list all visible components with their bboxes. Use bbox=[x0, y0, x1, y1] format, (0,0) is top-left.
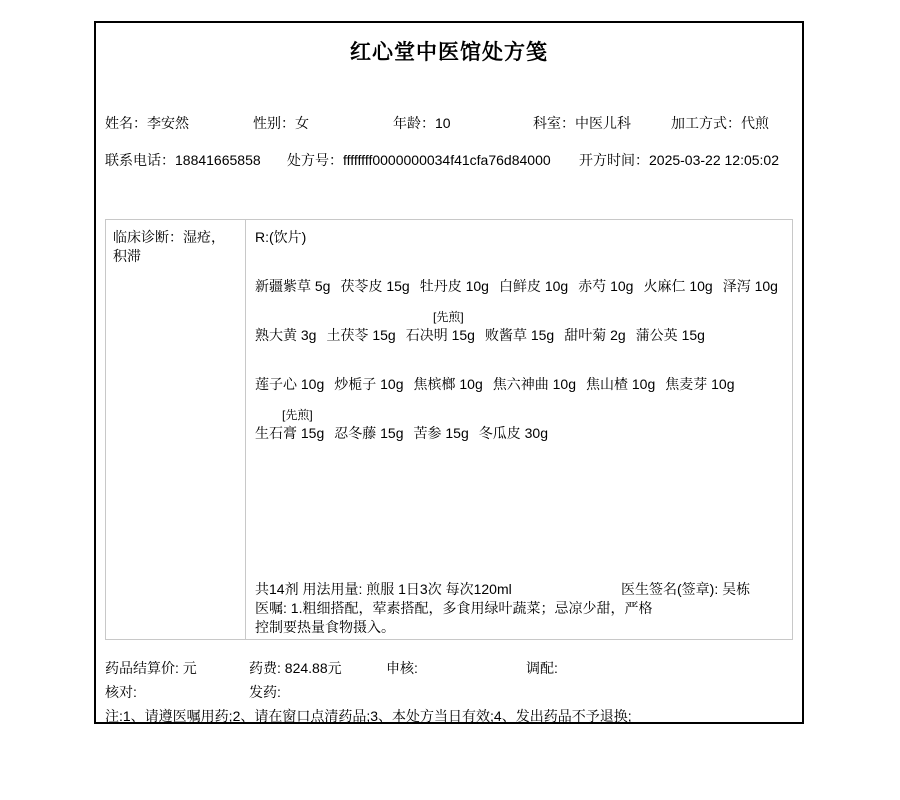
medicine-item: 败酱草 15g bbox=[485, 327, 554, 343]
medicine-row: 莲子心 10g炒栀子 10g焦槟榔 10g焦六神曲 10g焦山楂 10g焦麦芽 … bbox=[255, 357, 784, 393]
medicine-fee-field-label: 药费: bbox=[249, 660, 285, 676]
doctor-signature: 医生签名(签章): 吴栋 bbox=[621, 579, 750, 599]
doctor-name: 吴栋 bbox=[722, 581, 750, 597]
pre-decoct-annotation: [先煎] bbox=[433, 308, 464, 326]
prescription-time-field-value: 2025-03-22 12:05:02 bbox=[649, 152, 779, 168]
medicine-line: 新疆紫草 5g茯苓皮 15g牡丹皮 10g白鲜皮 10g赤芍 10g火麻仁 10… bbox=[255, 277, 784, 295]
page-title: 红心堂中医馆处方笺 bbox=[96, 36, 802, 66]
medicine-item: 赤芍 10g bbox=[578, 278, 633, 294]
medicine-rows: 新疆紫草 5g茯苓皮 15g牡丹皮 10g白鲜皮 10g赤芍 10g火麻仁 10… bbox=[255, 259, 784, 442]
patient-age-field-label: 年龄： bbox=[393, 115, 435, 131]
medicine-item: 新疆紫草 5g bbox=[255, 278, 330, 294]
patient-gender-field: 性别：女 bbox=[253, 113, 309, 133]
contact-phone-field: 联系电话：18841665858 bbox=[105, 150, 261, 170]
compound-field-label: 调配: bbox=[526, 660, 558, 676]
annotation-line: [先煎] bbox=[255, 406, 784, 424]
medicine-item: 焦山楂 10g bbox=[586, 376, 655, 392]
prescription-time-field-label: 开方时间： bbox=[579, 152, 649, 168]
medicine-item: 石决明 15g bbox=[406, 327, 475, 343]
medicine-line: 熟大黄 3g土茯苓 15g石决明 15g败酱草 15g甜叶菊 2g蒲公英 15g bbox=[255, 326, 784, 344]
rx-header: R:(饮片) bbox=[255, 228, 784, 246]
dispense-field-label: 发药: bbox=[249, 684, 281, 700]
medicine-item: 白鲜皮 10g bbox=[499, 278, 568, 294]
medical-advice: 医嘱: 1.粗细搭配，荤素搭配，多食用绿叶蔬菜；忌凉少甜，严格 控制要热量食物摄… bbox=[255, 599, 685, 637]
medicine-item: 炒栀子 10g bbox=[334, 376, 403, 392]
patient-name-field-label: 姓名： bbox=[105, 115, 147, 131]
footer-row-1: 药品结算价: 元药费: 824.88元申核:调配: bbox=[105, 658, 797, 678]
patient-info-row: 姓名：李安然性别：女年龄：10科室：中医儿科加工方式：代煎 bbox=[105, 113, 797, 133]
rx-bottom-block: 共14剂 用法用量: 煎服 1日3次 每次120ml 医生签名(签章): 吴栋 … bbox=[255, 579, 784, 637]
medicine-item: 火麻仁 10g bbox=[643, 278, 712, 294]
footer-row-2: 核对:发药: bbox=[105, 682, 797, 702]
medicine-item: 苦参 15g bbox=[414, 425, 469, 441]
rx-cell: R:(饮片) 新疆紫草 5g茯苓皮 15g牡丹皮 10g白鲜皮 10g赤芍 10… bbox=[247, 220, 792, 639]
compound-field: 调配: bbox=[526, 658, 558, 678]
prescription-time-field: 开方时间：2025-03-22 12:05:02 bbox=[579, 150, 779, 170]
review-field: 申核: bbox=[386, 658, 418, 678]
check-field: 核对: bbox=[105, 682, 137, 702]
medicine-line: 生石膏 15g忍冬藤 15g苦参 15g冬瓜皮 30g bbox=[255, 424, 784, 442]
medicine-item: 焦六神曲 10g bbox=[493, 376, 576, 392]
patient-age-field: 年龄：10 bbox=[393, 113, 451, 133]
usage-line: 共14剂 用法用量: 煎服 1日3次 每次120ml 医生签名(签章): 吴栋 bbox=[255, 579, 784, 599]
medical-advice-line-1: 医嘱: 1.粗细搭配，荤素搭配，多食用绿叶蔬菜；忌凉少甜，严格 bbox=[255, 599, 685, 618]
medicine-line: 莲子心 10g炒栀子 10g焦槟榔 10g焦六神曲 10g焦山楂 10g焦麦芽 … bbox=[255, 375, 784, 393]
patient-gender-field-value: 女 bbox=[295, 115, 309, 131]
patient-name-field: 姓名：李安然 bbox=[105, 113, 189, 133]
processing-method-field: 加工方式：代煎 bbox=[671, 113, 769, 133]
medicine-fee-field-value: 824.88元 bbox=[285, 660, 342, 676]
medicine-item: 土茯苓 15g bbox=[326, 327, 395, 343]
medicine-item: 莲子心 10g bbox=[255, 376, 324, 392]
medicine-row: [先煎]生石膏 15g忍冬藤 15g苦参 15g冬瓜皮 30g bbox=[255, 406, 784, 442]
prescription-number-field: 处方号：ffffffff0000000034f41cfa76d84000 bbox=[287, 150, 551, 170]
medicine-item: 冬瓜皮 30g bbox=[479, 425, 548, 441]
medicine-fee-field: 药费: 824.88元 bbox=[249, 658, 342, 678]
medicine-item: 生石膏 15g bbox=[255, 425, 324, 441]
medicine-item: 泽泻 10g bbox=[723, 278, 778, 294]
clinical-diagnosis-label: 临床诊断： bbox=[113, 229, 183, 245]
prescription-page: 红心堂中医馆处方笺 姓名：李安然性别：女年龄：10科室：中医儿科加工方式：代煎 … bbox=[94, 21, 804, 724]
patient-name-field-value: 李安然 bbox=[147, 115, 189, 131]
doctor-signature-label: 医生签名(签章): bbox=[621, 581, 722, 597]
check-field-label: 核对: bbox=[105, 684, 137, 700]
prescription-number-field-label: 处方号： bbox=[287, 152, 343, 168]
pre-decoct-annotation: [先煎] bbox=[282, 406, 313, 424]
clinical-diagnosis-cell: 临床诊断：湿疮，积滞 bbox=[106, 220, 246, 639]
settlement-price-field: 药品结算价: 元 bbox=[105, 658, 197, 678]
review-field-label: 申核: bbox=[386, 660, 418, 676]
prescription-number-field-value: ffffffff0000000034f41cfa76d84000 bbox=[343, 152, 551, 168]
processing-method-field-label: 加工方式： bbox=[671, 115, 741, 131]
prescription-info-row: 联系电话：18841665858处方号：ffffffff0000000034f4… bbox=[105, 150, 797, 170]
medical-advice-line-2: 控制要热量食物摄入。 bbox=[255, 618, 685, 637]
prescription-box: 临床诊断：湿疮，积滞 R:(饮片) 新疆紫草 5g茯苓皮 15g牡丹皮 10g白… bbox=[105, 219, 793, 640]
medicine-item: 焦麦芽 10g bbox=[665, 376, 734, 392]
medicine-row: 新疆紫草 5g茯苓皮 15g牡丹皮 10g白鲜皮 10g赤芍 10g火麻仁 10… bbox=[255, 259, 784, 295]
dispense-field: 发药: bbox=[249, 682, 281, 702]
medicine-item: 熟大黄 3g bbox=[255, 327, 316, 343]
annotation-line bbox=[255, 259, 784, 277]
contact-phone-field-value: 18841665858 bbox=[175, 152, 261, 168]
medicine-item: 焦槟榔 10g bbox=[414, 376, 483, 392]
settlement-price-field-label: 药品结算价: bbox=[105, 660, 183, 676]
department-field: 科室：中医儿科 bbox=[533, 113, 631, 133]
department-field-value: 中医儿科 bbox=[575, 115, 631, 131]
processing-method-field-value: 代煎 bbox=[741, 115, 769, 131]
medicine-item: 蒲公英 15g bbox=[636, 327, 705, 343]
medicine-item: 牡丹皮 10g bbox=[420, 278, 489, 294]
department-field-label: 科室： bbox=[533, 115, 575, 131]
annotation-line: [先煎] bbox=[255, 308, 784, 326]
patient-age-field-value: 10 bbox=[435, 115, 451, 131]
medicine-item: 茯苓皮 15g bbox=[340, 278, 409, 294]
dosage-usage-text: 共14剂 用法用量: 煎服 1日3次 每次120ml bbox=[255, 581, 512, 597]
medicine-row: [先煎]熟大黄 3g土茯苓 15g石决明 15g败酱草 15g甜叶菊 2g蒲公英… bbox=[255, 308, 784, 344]
medicine-item: 甜叶菊 2g bbox=[564, 327, 625, 343]
contact-phone-field-label: 联系电话： bbox=[105, 152, 175, 168]
footer-note: 注:1、请遵医嘱用药;2、请在窗口点清药品;3、本处方当日有效;4、发出药品不予… bbox=[105, 706, 797, 726]
medicine-item: 忍冬藤 15g bbox=[334, 425, 403, 441]
patient-gender-field-label: 性别： bbox=[253, 115, 295, 131]
annotation-line bbox=[255, 357, 784, 375]
settlement-price-field-value: 元 bbox=[183, 660, 197, 676]
